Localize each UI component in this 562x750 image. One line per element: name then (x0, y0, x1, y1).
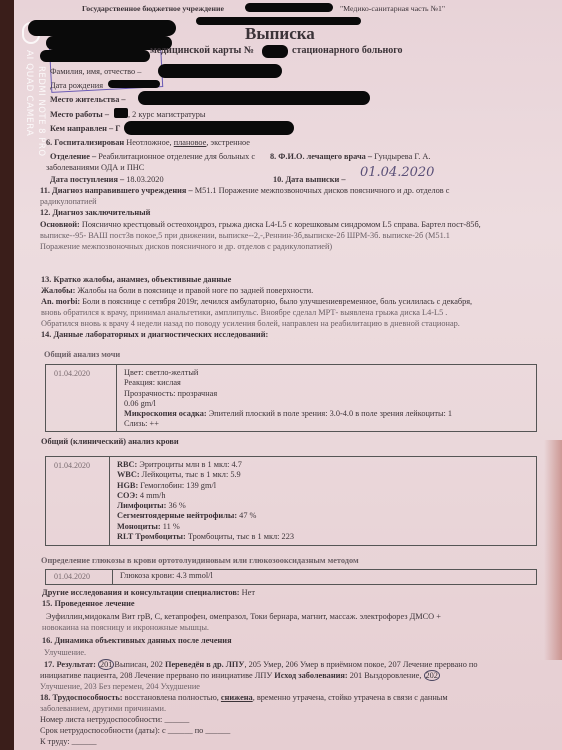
column-divider (116, 365, 117, 431)
result-line-value: Тромбоциты, тыс в 1 мкл: 223 (186, 532, 294, 541)
result-line2-text: инициативе пациента, 208 Лечение прерван… (40, 671, 274, 680)
result-line-value: Прозрачность: прозрачная (124, 389, 217, 398)
redaction (108, 80, 160, 88)
diagnosis-main-line3: Поражение межпозвоночных дисков поясничн… (40, 242, 332, 252)
field-department-value: Реабилитационное отделение для больных с (98, 152, 255, 161)
result-line-value: 36 % (166, 501, 185, 510)
redaction (262, 45, 288, 58)
other-studies-value: Нет (242, 588, 255, 597)
result-line: Лимфоциты: 36 % (117, 501, 294, 511)
blank-line: ______ (205, 726, 230, 735)
urine-table: 01.04.2020 Цвет: светло-желтыйРеакция: к… (45, 364, 537, 432)
result-line-label: Сегментоядерные нейтрофилы: (117, 511, 237, 520)
result-line-value: Реакция: кислая (124, 378, 181, 387)
work-capacity-text-cont: , временно утрачена, стойко утрачена в с… (253, 693, 448, 702)
to-work: К труду: ______ (40, 737, 97, 747)
redaction (114, 108, 128, 118)
anamnesis-label: An. morbi: (41, 297, 80, 306)
urine-title: Общий анализ мочи (44, 350, 120, 360)
glucose-value: Глюкоза крови: 4.3 mmol/l (120, 571, 213, 581)
field-work-label: Место работы – (50, 110, 109, 120)
result-line-label: WBC: (117, 470, 140, 479)
result-line-label: Моноциты: (117, 522, 161, 531)
to-work-label: К труду: (40, 737, 70, 746)
outcome-circled-code: 202 (424, 670, 440, 681)
urine-date: 01.04.2020 (54, 369, 90, 378)
sick-period-to: по (195, 726, 204, 735)
complaints-heading: 13. Кратко жалобы, анамнез, объективные … (41, 275, 231, 285)
result-line-value: Гемоглобин: 139 gm/l (138, 481, 216, 490)
option-planned-selected: плановое (174, 138, 207, 147)
redaction (138, 91, 370, 105)
result-line-value: 11 % (161, 522, 180, 531)
blood-results: RBC: Эритроциты млн в 1 мкл: 4.7WBC: Лей… (117, 460, 294, 542)
field-birthdate-label: Дата рождения (50, 81, 103, 91)
redaction (245, 3, 333, 12)
dynamics-value: Улучшение. (44, 648, 86, 658)
work-capacity-label: 18. Трудоспособность: (40, 693, 123, 702)
field-admission: Дата поступления – 18.03.2020 (50, 175, 164, 185)
field-doctor-value: Гундырева Г. А. (374, 152, 430, 161)
diagnosis-final-main: Основной: Пояснично крестцовый остеохонд… (40, 220, 481, 230)
outcome-text: 201 Выздоровление, (348, 671, 424, 680)
field-department-label: Отделение – (50, 152, 96, 161)
field-hospitalized-label: 6. Госпитализирован (46, 138, 124, 147)
result-line-label: Микроскопия осадка: (124, 409, 207, 418)
column-divider (109, 457, 110, 545)
sick-list-label: Номер листа нетрудоспособности: (40, 715, 162, 724)
result-line: Реакция: кислая (124, 378, 452, 388)
work-capacity-text: восстановлена полностью, (123, 693, 221, 702)
diagnosis-referral: 11. Диагноз направившего учреждения – M5… (40, 186, 449, 196)
glucose-table: 01.04.2020 Глюкоза крови: 4.3 mmol/l (45, 569, 537, 585)
diagnosis-referral-label: 11. Диагноз направившего учреждения – (40, 186, 193, 195)
field-residence-label: Место жительства – (50, 95, 126, 105)
result-line-value: Цвет: светло-желтый (124, 368, 198, 377)
field-hospitalized: 6. Госпитализирован Неотложное, плановое… (46, 138, 250, 148)
field-discharge-value-handwritten: 01.04.2020 (360, 168, 434, 178)
result-line: WBC: Лейкоциты, тыс в 1 мкл: 5.9 (117, 470, 294, 480)
anamnesis-line3: Обратился вновь к врачу 4 недели назад п… (41, 319, 460, 329)
redaction (124, 121, 294, 135)
diagnosis-main-label: Основной: (40, 220, 80, 229)
result-line3: Улучшение, 203 Без перемен, 204 Ухудшени… (40, 682, 200, 692)
anamnesis-line2: вновь обратился к врачу, принимал анальг… (41, 308, 447, 318)
outcome-label: Исход заболевания: (274, 671, 347, 680)
result-line: Микроскопия осадка: Эпителий плоский в п… (124, 409, 452, 419)
result-line-label: RLT Тромбоциты: (117, 532, 186, 541)
diagnosis-referral-value: M51.1 Поражение межпозвоночных дисков по… (195, 186, 450, 195)
diagnosis-referral-cont: радикулопатией (40, 197, 97, 207)
blood-title: Общий (клинический) анализ крови (41, 437, 179, 447)
labs-heading: 14. Данные лабораторных и диагностически… (41, 330, 268, 340)
institution-prefix: Государственное бюджетное учреждение (82, 4, 224, 14)
institution-suffix: "Медико-санитарная часть №1" (340, 4, 445, 14)
result-line-value: 4 mm/h (138, 491, 166, 500)
field-fio-label: Фамилия, имя, отчество – (50, 67, 141, 77)
field-referred-label: Кем направлен – Г (50, 124, 121, 134)
complaints-label: Жалобы: (41, 286, 75, 295)
field-admission-label: Дата поступления – (50, 175, 124, 184)
document-title: Выписка (245, 29, 315, 39)
glucose-date: 01.04.2020 (54, 572, 90, 581)
work-capacity-line2: заболеванием, другими причинами. (40, 704, 166, 714)
result-line-label: HGB: (117, 481, 138, 490)
field-doctor: 8. Ф.И.О. лечащего врача – Гундырева Г. … (270, 152, 430, 162)
field-department: Отделение – Реабилитационное отделение д… (50, 152, 255, 162)
result-line: Сегментоядерные нейтрофилы: 47 % (117, 511, 294, 521)
sick-period: Срок нетрудоспособности (даты): с ______… (40, 726, 230, 736)
blank-line: ______ (168, 726, 193, 735)
result-line: Слизь: ++ (124, 419, 452, 429)
finger-shadow (544, 440, 562, 660)
result-line-value: Слизь: ++ (124, 419, 159, 428)
card-number-label: медицинской карты № (150, 46, 254, 56)
result-circled-code: 201 (98, 659, 114, 670)
result-line: Прозрачность: прозрачная (124, 389, 452, 399)
urine-results: Цвет: светло-желтыйРеакция: кислаяПрозра… (124, 368, 452, 430)
field-discharge-label: 10. Дата выписки – (273, 175, 345, 184)
sick-list-number: Номер листа нетрудоспособности: ______ (40, 715, 189, 725)
result-line-label: Лимфоциты: (117, 501, 166, 510)
blank-line: ______ (72, 737, 97, 746)
dynamics-heading: 16. Динамика объективных данных после ле… (42, 636, 232, 646)
option-emergency: , экстренное (206, 138, 250, 147)
watermark-camera: AI QUAD CAMERA (24, 50, 34, 136)
result-line1: 17. Результат: 201Выписан, 202 Переведён… (44, 660, 478, 670)
treatment-line2: новокаина на поясницу и икроножные мышцы… (42, 623, 209, 633)
anamnesis-line1: Боли в пояснице с сетября 2019г, лечился… (82, 297, 472, 306)
watermark-model: REDMI NOTE 8 PRO (36, 66, 46, 157)
result-line: Цвет: светло-желтый (124, 368, 452, 378)
redaction (28, 20, 176, 36)
treatment-heading: 15. Проведенное лечение (42, 599, 135, 609)
blank-line: ______ (164, 715, 189, 724)
field-department-value-cont: заболеваниями ОДА и ПНС (46, 163, 144, 173)
result-line-label: СОЭ: (117, 491, 138, 500)
other-studies-label: Другие исследования и консультации специ… (42, 588, 240, 597)
sick-period-label: Срок нетрудоспособности (даты): с (40, 726, 166, 735)
result-line: СОЭ: 4 mm/h (117, 491, 294, 501)
anamnesis: An. morbi: Боли в пояснице с сетября 201… (41, 297, 472, 307)
field-work-value: , 2 курс магистратуры (128, 110, 205, 120)
result-line: RBC: Эритроциты млн в 1 мкл: 4.7 (117, 460, 294, 470)
result-line2: инициативе пациента, 208 Лечение прерван… (40, 671, 440, 681)
work-capacity-selected: снижена (221, 693, 253, 702)
result-label: 17. Результат: (44, 660, 96, 669)
treatment-line1: Эуфиллин,мидокалм Вит грВ, С, кетапрофен… (46, 612, 441, 622)
result-line: RLT Тромбоциты: Тромбоциты, тыс в 1 мкл:… (117, 532, 294, 542)
result-text-cont: , 205 Умер, 206 Умер в приёмном покое, 2… (244, 660, 477, 669)
column-divider (112, 570, 113, 584)
diagnosis-final-heading: 12. Диагноз заключительный (40, 208, 150, 218)
redaction (40, 50, 150, 62)
result-line-value: Эпителий плоский в поле зрения: 3.0-4.0 … (207, 409, 452, 418)
result-line-label: RBC: (117, 460, 137, 469)
diagnosis-main-line2: выписке--95- ВАШ пост3в покое,5 при движ… (40, 231, 450, 241)
result-line-value: 47 % (237, 511, 256, 520)
glucose-title: Определение глюкозы в крови ортотолуидин… (41, 556, 359, 566)
other-studies: Другие исследования и консультации специ… (42, 588, 255, 598)
result-line: 0.06 gm/l (124, 399, 452, 409)
result-line-value: 0.06 gm/l (124, 399, 156, 408)
blood-date: 01.04.2020 (54, 461, 90, 470)
blood-table: 01.04.2020 RBC: Эритроциты млн в 1 мкл: … (45, 456, 537, 546)
complaints-text: Жалобы на боли в пояснице и правой ноге … (78, 286, 314, 295)
option-urgent: Неотложное, (126, 138, 171, 147)
card-type: стационарного больного (292, 46, 403, 56)
diagnosis-main-line1: Пояснично крестцовый остеохондроз, грыжа… (82, 220, 481, 229)
field-discharge: 10. Дата выписки – (273, 175, 345, 185)
result-line: HGB: Гемоглобин: 139 gm/l (117, 481, 294, 491)
result-line: Моноциты: 11 % (117, 522, 294, 532)
result-text: Выписан, 202 (114, 660, 165, 669)
result-line-value: Эритроциты млн в 1 мкл: 4.7 (137, 460, 242, 469)
result-transferred: Переведён в др. ЛПУ (165, 660, 244, 669)
result-line-value: Лейкоциты, тыс в 1 мкл: 5.9 (140, 470, 241, 479)
field-doctor-label: 8. Ф.И.О. лечащего врача – (270, 152, 372, 161)
field-admission-value: 18.03.2020 (126, 175, 163, 184)
work-capacity: 18. Трудоспособность: восстановлена полн… (40, 693, 448, 703)
complaints: Жалобы: Жалобы на боли в пояснице и прав… (41, 286, 313, 296)
redaction (158, 64, 282, 78)
